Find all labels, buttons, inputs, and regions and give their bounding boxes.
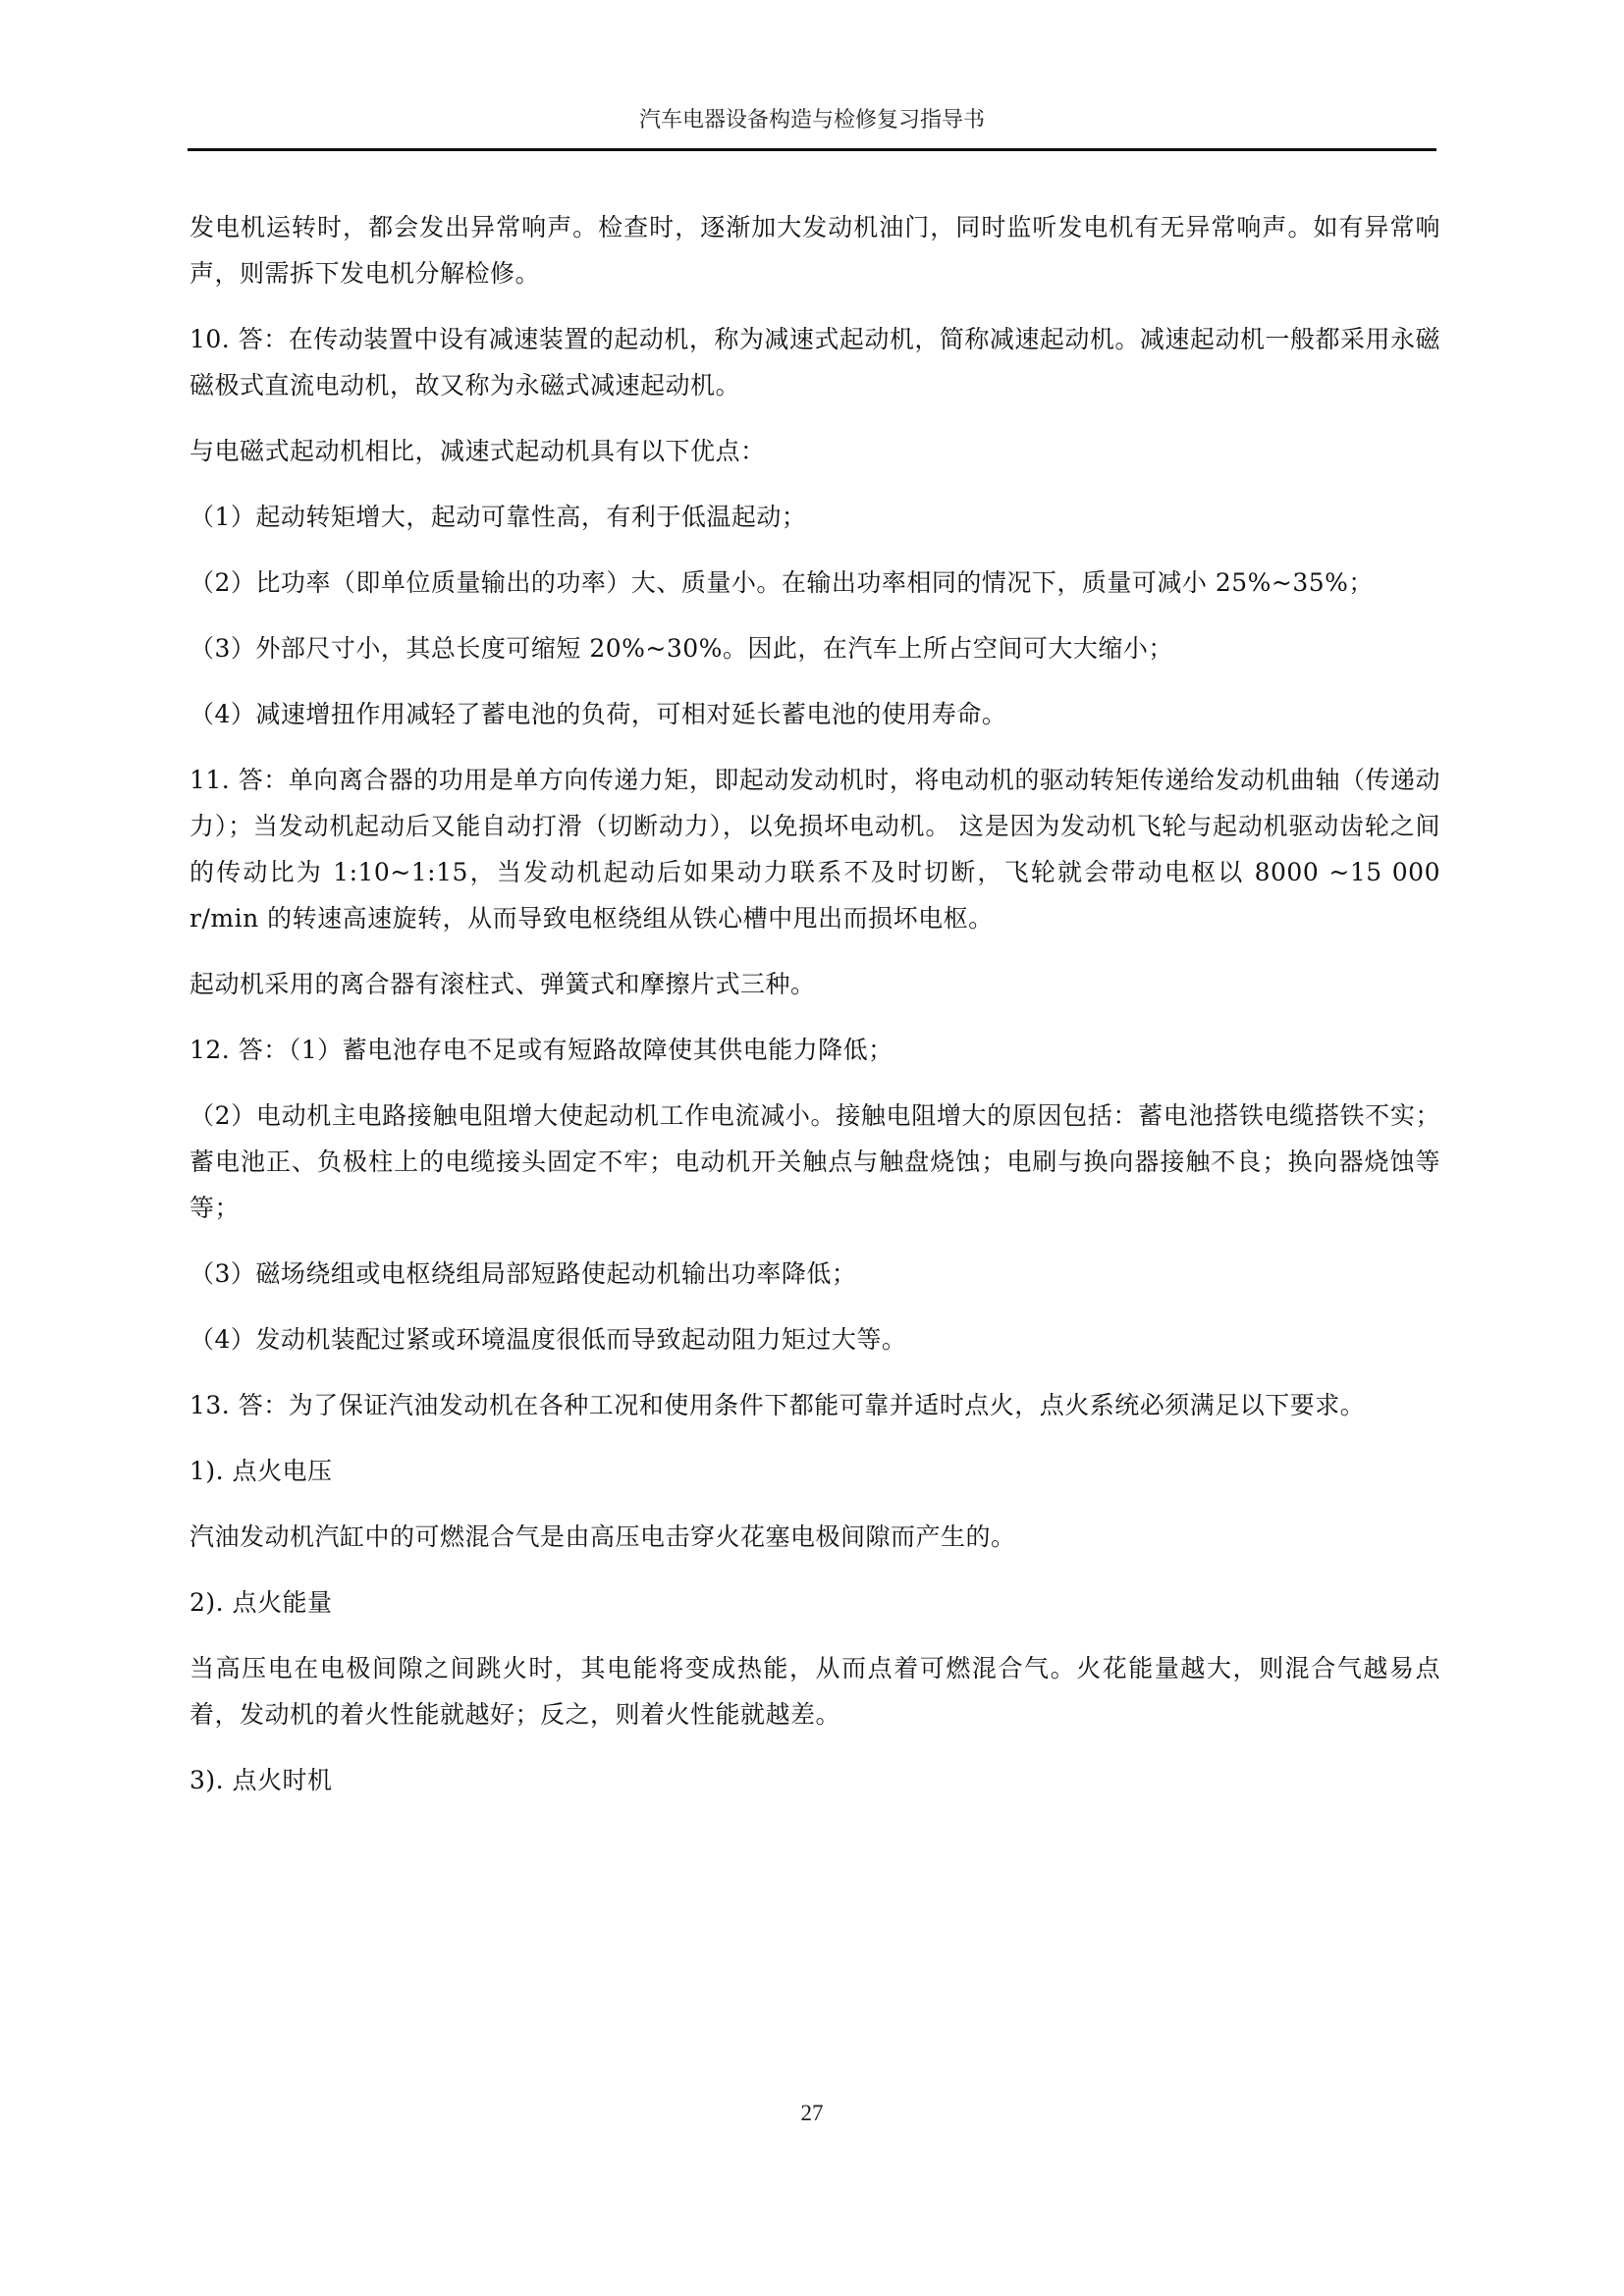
list-item: （3）磁场绕组或电枢绕组局部短路使起动机输出功率降低； [189,1251,1440,1297]
list-item: （1）起动转矩增大，起动可靠性高，有利于低温起动； [189,494,1440,540]
list-item: （2）比功率（即单位质量输出的功率）大、质量小。在输出功率相同的情况下，质量可减… [189,560,1440,606]
paragraph: 当高压电在电极间隙之间跳火时，其电能将变成热能，从而点着可燃混合气。火花能量越大… [189,1645,1440,1737]
running-header: 汽车电器设备构造与检修复习指导书 [188,106,1436,135]
header-rule [188,148,1436,151]
list-item: （4）发动机装配过紧或环境温度很低而导致起动阻力矩过大等。 [189,1316,1440,1362]
paragraph: 发电机运转时，都会发出异常响声。检查时，逐渐加大发动机油门，同时监听发电机有无异… [189,204,1440,296]
paragraph: 汽油发动机汽缸中的可燃混合气是由高压电击穿火花塞电极间隙而产生的。 [189,1514,1440,1560]
page-number: 27 [0,2101,1624,2126]
paragraph: 13. 答：为了保证汽油发动机在各种工况和使用条件下都能可靠并适时点火，点火系统… [189,1382,1440,1428]
paragraph: 与电磁式起动机相比，减速式起动机具有以下优点： [189,428,1440,474]
paragraph: 10. 答：在传动装置中设有减速装置的起动机，称为减速式起动机，简称减速起动机。… [189,316,1440,408]
subheading: 1). 点火电压 [189,1448,1440,1494]
list-item: （4）减速增扭作用减轻了蓄电池的负荷，可相对延长蓄电池的使用寿命。 [189,691,1440,737]
subheading: 3). 点火时机 [189,1757,1440,1803]
page-body: 发电机运转时，都会发出异常响声。检查时，逐渐加大发动机油门，同时监听发电机有无异… [189,204,1440,1803]
paragraph: 11. 答：单向离合器的功用是单方向传递力矩，即起动发动机时，将电动机的驱动转矩… [189,757,1440,941]
list-item: 12. 答：（1）蓄电池存电不足或有短路故障使其供电能力降低； [189,1027,1440,1073]
subheading: 2). 点火能量 [189,1579,1440,1626]
paragraph: 起动机采用的离合器有滚柱式、弹簧式和摩擦片式三种。 [189,961,1440,1007]
list-item: （2）电动机主电路接触电阻增大使起动机工作电流减小。接触电阻增大的原因包括：蓄电… [189,1093,1440,1231]
list-item: （3）外部尺寸小，其总长度可缩短 20%~30%。因此，在汽车上所占空间可大大缩… [189,625,1440,671]
